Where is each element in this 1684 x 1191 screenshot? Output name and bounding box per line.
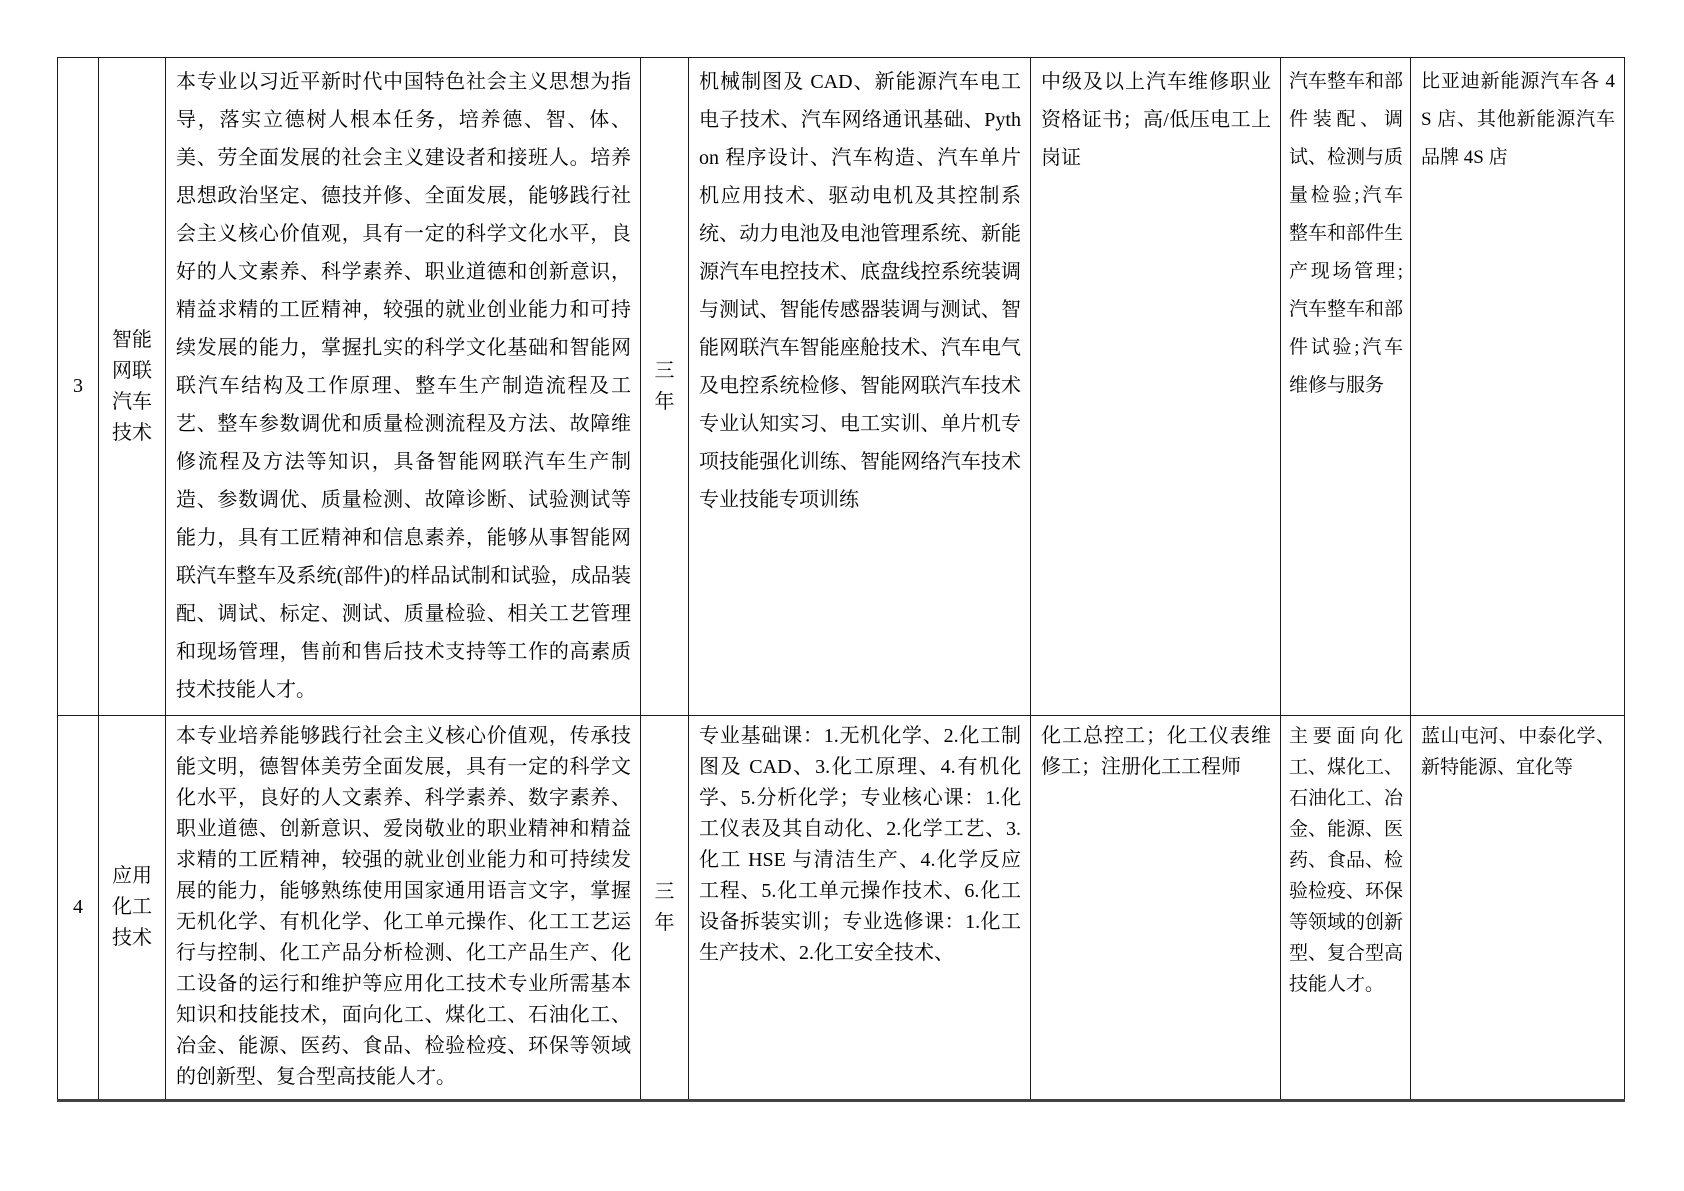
row-number-cell: 3 xyxy=(58,58,99,716)
employers-cell: 比亚迪新能源汽车各 4S 店、其他新能源汽车品牌 4S 店 xyxy=(1411,58,1625,716)
certificates-cell: 化工总控工；化工仪表维修工；注册化工工程师 xyxy=(1031,716,1281,1101)
courses-cell: 机械制图及 CAD、新能源汽车电工电子技术、汽车网络通讯基础、Python 程序… xyxy=(689,58,1031,716)
courses-cell: 专业基础课：1.无机化学、2.化工制图及 CAD、3.化工原理、4.有机化学、5… xyxy=(689,716,1031,1101)
document-page: 3 智能网联汽车技术 本专业以习近平新时代中国特色社会主义思想为指导，落实立德树… xyxy=(57,57,1625,1102)
major-name-cell: 智能网联汽车技术 xyxy=(99,58,166,716)
table-row: 4 应用化工技术 本专业培养能够践行社会主义核心价值观，传承技能文明，德智体美劳… xyxy=(58,716,1625,1101)
duration-cell: 三年 xyxy=(641,58,689,716)
major-name-cell: 应用化工技术 xyxy=(99,716,166,1101)
training-objective-cell: 本专业以习近平新时代中国特色社会主义思想为指导，落实立德树人根本任务，培养德、智… xyxy=(166,58,641,716)
job-positions-cell: 主要面向化工、煤化工、石油化工、冶金、能源、医药、食品、检验检疫、环保等领域的创… xyxy=(1281,716,1411,1101)
programs-table: 3 智能网联汽车技术 本专业以习近平新时代中国特色社会主义思想为指导，落实立德树… xyxy=(57,57,1625,1102)
employers-cell: 蓝山屯河、中泰化学、新特能源、宜化等 xyxy=(1411,716,1625,1101)
certificates-cell: 中级及以上汽车维修职业资格证书；高/低压电工上岗证 xyxy=(1031,58,1281,716)
table-row: 3 智能网联汽车技术 本专业以习近平新时代中国特色社会主义思想为指导，落实立德树… xyxy=(58,58,1625,716)
row-number-cell: 4 xyxy=(58,716,99,1101)
job-positions-cell: 汽车整车和部件装配、调试、检测与质量检验;汽车整车和部件生产现场管理;汽车整车和… xyxy=(1281,58,1411,716)
training-objective-cell: 本专业培养能够践行社会主义核心价值观，传承技能文明，德智体美劳全面发展，具有一定… xyxy=(166,716,641,1101)
duration-cell: 三年 xyxy=(641,716,689,1101)
